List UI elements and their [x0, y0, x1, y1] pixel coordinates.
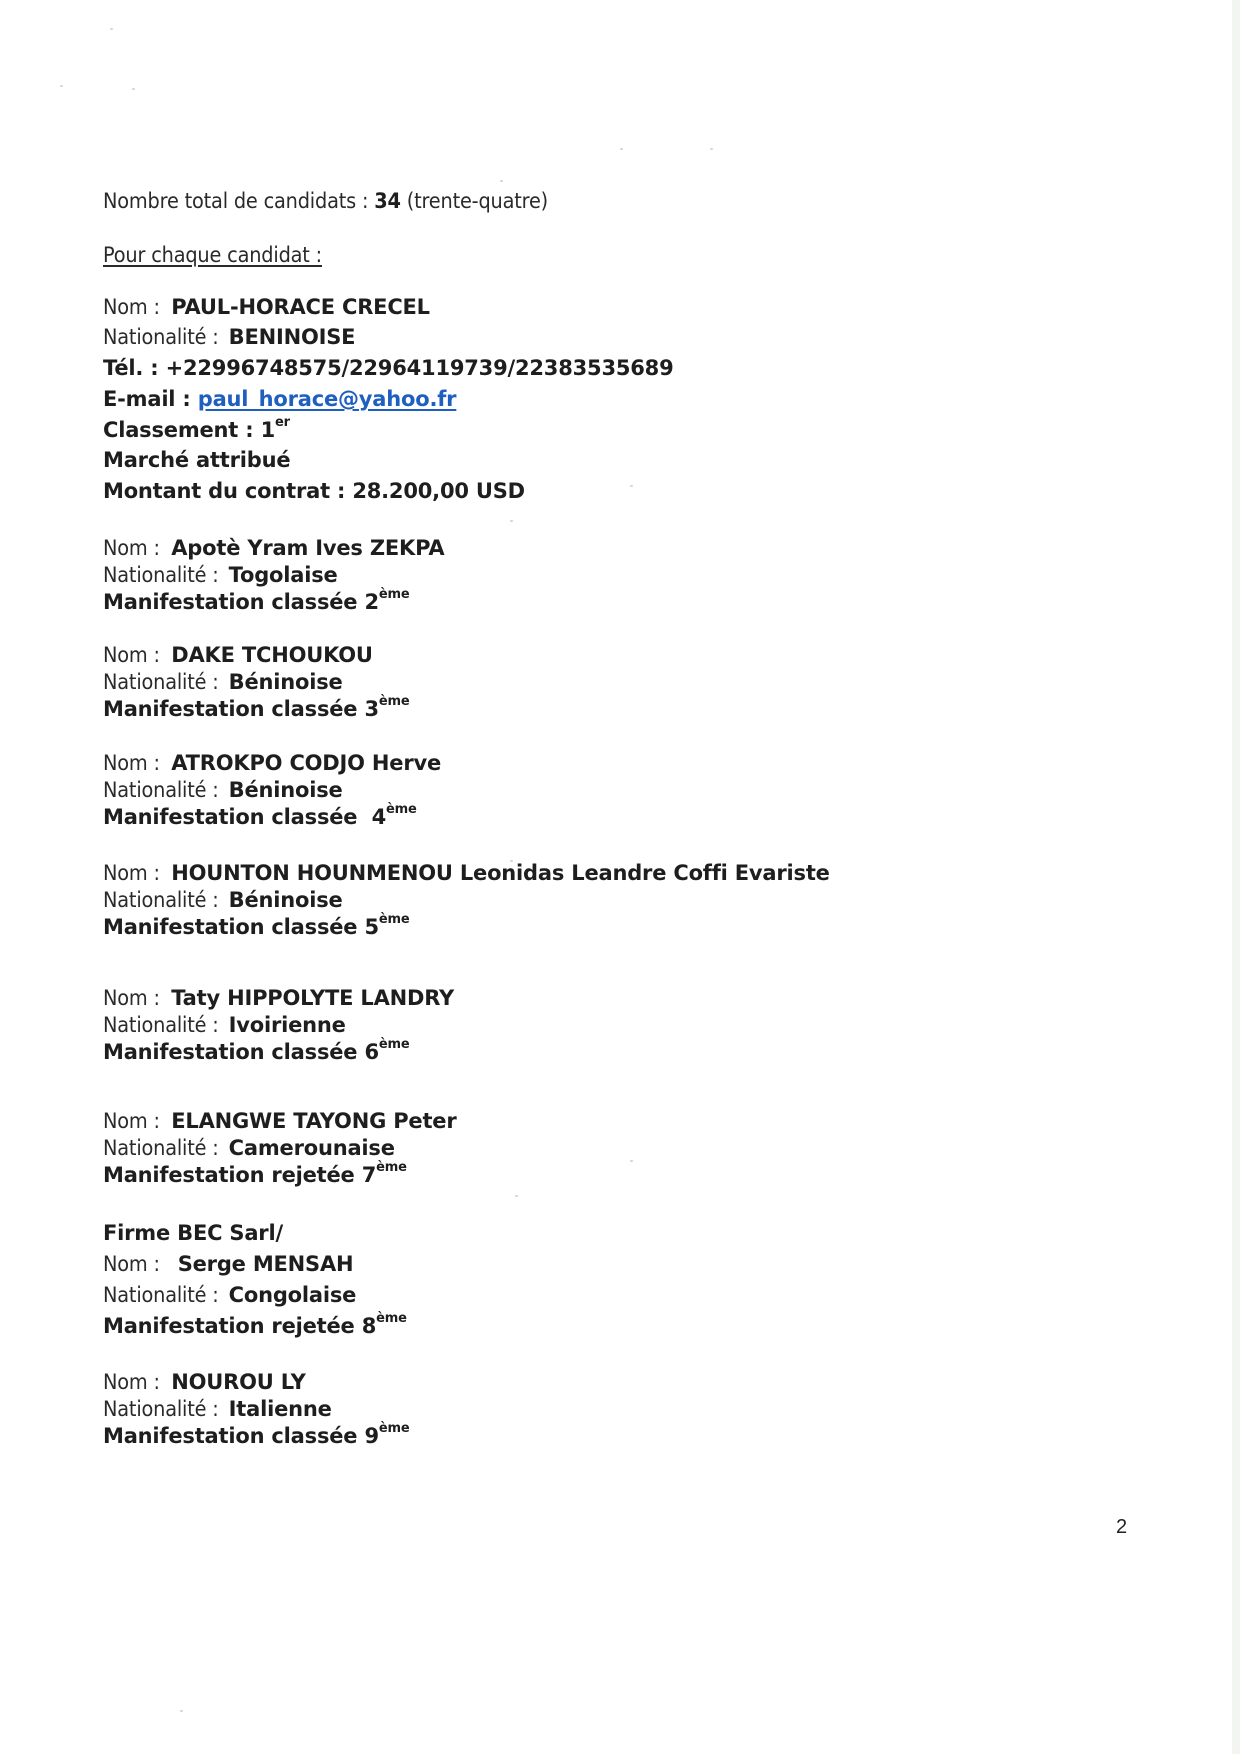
candidate-rank-suffix: ème [379, 1037, 410, 1052]
email-label: E-mail : [103, 387, 198, 411]
candidate-nationality-line: Nationalité : Ivoirienne [103, 1012, 346, 1038]
candidate-status-line: Manifestation classée 2ème [103, 589, 409, 615]
candidate-nationality: Béninoise [229, 778, 343, 802]
candidate-name: HOUNTON HOUNMENOU Leonidas Leandre Coffi… [171, 861, 829, 885]
candidate-status-line: Manifestation rejetée 7ème [103, 1162, 407, 1188]
winner-email-line: E-mail : paul_horace@yahoo.fr [103, 386, 456, 412]
candidate-status-line: Manifestation classée 6ème [103, 1039, 409, 1065]
candidate-nationality-line: Nationalité : Béninoise [103, 669, 343, 695]
candidate-rank-suffix: ème [376, 1311, 407, 1326]
candidate-nationality: BENINOISE [229, 325, 356, 349]
scan-speck [132, 88, 135, 90]
candidate-name: Apotè Yram Ives ZEKPA [171, 536, 444, 560]
candidate-rank-suffix: ème [386, 802, 417, 817]
award-status: Marché attribué [103, 448, 290, 472]
candidate-status-line: Manifestation classée 4ème [103, 804, 417, 830]
name-label: Nom : [103, 1369, 166, 1395]
winner-ranking-line: Classement : 1er [103, 417, 290, 443]
contract-amount: 28.200,00 USD [352, 479, 525, 503]
scan-speck [630, 485, 633, 487]
candidate-name: PAUL-HORACE CRECEL [171, 295, 430, 319]
candidate-name-line: Nom : ELANGWE TAYONG Peter [103, 1108, 457, 1134]
candidate-name-line: Nom : DAKE TCHOUKOU [103, 642, 373, 668]
candidate-name: Serge MENSAH [178, 1252, 354, 1276]
per-candidate-heading: Pour chaque candidat : [103, 242, 322, 268]
page-number: 2 [1116, 1516, 1127, 1539]
nationality-label: Nationalité : [103, 777, 219, 803]
candidate-nationality: Italienne [229, 1397, 332, 1421]
scan-speck [60, 85, 63, 87]
candidate-status: Manifestation classée [103, 590, 364, 614]
candidate-name-line: Nom : Serge MENSAH [103, 1251, 353, 1277]
scan-speck [510, 520, 513, 522]
scan-speck [710, 148, 713, 150]
name-label: Nom : [103, 985, 166, 1011]
ranking-suffix: er [275, 415, 290, 430]
candidate-rank: 5 [364, 915, 378, 939]
nationality-label: Nationalité : [103, 562, 219, 588]
ranking-label: Classement : [103, 418, 261, 442]
nationality-label: Nationalité : [103, 1135, 219, 1161]
candidate-status: Manifestation classée [103, 915, 364, 939]
candidate-nationality: Ivoirienne [229, 1013, 346, 1037]
candidate-name-line: Nom : NOUROU LY [103, 1369, 306, 1395]
candidate-rank: 9 [364, 1424, 378, 1448]
candidate-nationality: Congolaise [229, 1283, 357, 1307]
name-label: Nom : [103, 1108, 166, 1134]
candidate-status: Manifestation classée [103, 1040, 364, 1064]
candidate-name: NOUROU LY [171, 1370, 305, 1394]
candidate-name: ELANGWE TAYONG Peter [171, 1109, 456, 1133]
nationality-label: Nationalité : [103, 669, 219, 695]
candidate-rank: 8 [362, 1314, 376, 1338]
scan-speck [180, 1710, 183, 1712]
name-label: Nom : [103, 750, 166, 776]
candidate-status-line: Manifestation classée 3ème [103, 696, 409, 722]
candidate-nationality-line: Nationalité : Béninoise [103, 777, 343, 803]
winner-phone-line: Tél. : +22996748575/22964119739/22383535… [103, 355, 674, 381]
scan-speck [500, 180, 503, 182]
name-label: Nom : [103, 535, 166, 561]
candidate-name-line: Nom : Taty HIPPOLYTE LANDRY [103, 985, 454, 1011]
scan-edge-strip [1232, 0, 1240, 1754]
scan-speck [630, 1160, 633, 1162]
ranking-number: 1 [261, 418, 275, 442]
total-candidates-line: Nombre total de candidats : 34 (trente-q… [103, 188, 587, 214]
candidate-status-line: Manifestation classée 5ème [103, 914, 409, 940]
total-candidates-label: Nombre total de candidats : [103, 189, 374, 213]
candidate-nationality-line: Nationalité : Béninoise [103, 887, 343, 913]
nationality-label: Nationalité : [103, 887, 219, 913]
nationality-label: Nationalité : [103, 1396, 219, 1422]
candidate-name: DAKE TCHOUKOU [171, 643, 372, 667]
candidate-rank: 7 [362, 1163, 376, 1187]
candidate-rank-suffix: ème [379, 587, 410, 602]
candidate-rank-suffix: ème [376, 1160, 407, 1175]
candidate-status: Manifestation rejetée [103, 1163, 362, 1187]
candidate-rank-suffix: ème [379, 912, 410, 927]
candidate-rank: 3 [364, 697, 378, 721]
candidate-status-line: Manifestation classée 9ème [103, 1423, 409, 1449]
candidate-status: Manifestation classée [103, 697, 364, 721]
winner-name-line: Nom : PAUL-HORACE CRECEL [103, 294, 430, 320]
per-candidate-heading-line: Pour chaque candidat : [103, 242, 341, 268]
candidate-rank: 2 [364, 590, 378, 614]
candidate-rank: 4 [372, 805, 386, 829]
candidate-nationality: Béninoise [229, 888, 343, 912]
candidate-name-line: Nom : Apotè Yram Ives ZEKPA [103, 535, 444, 561]
total-candidates-text: Nombre total de candidats : 34 (trente-q… [103, 188, 548, 214]
candidate-nationality-line: Nationalité : Camerounaise [103, 1135, 395, 1161]
candidate-rank: 6 [364, 1040, 378, 1064]
winner-award-line: Marché attribué [103, 447, 290, 473]
name-label: Nom : [103, 294, 166, 320]
candidate-nationality: Béninoise [229, 670, 343, 694]
nationality-label: Nationalité : [103, 1282, 219, 1308]
phone-label: Tél. : [103, 356, 166, 380]
candidate-name: Taty HIPPOLYTE LANDRY [171, 986, 454, 1010]
candidate-phone: +22996748575/22964119739/22383535689 [166, 356, 674, 380]
winner-nationality-line: Nationalité : BENINOISE [103, 324, 355, 350]
nationality-label: Nationalité : [103, 1012, 219, 1038]
candidate-name: ATROKPO CODJO Herve [171, 751, 441, 775]
name-label: Nom : [103, 1251, 172, 1277]
candidate-name-line: Nom : HOUNTON HOUNMENOU Leonidas Leandre… [103, 860, 830, 886]
candidate-rank-suffix: ème [379, 694, 410, 709]
candidate-nationality: Camerounaise [229, 1136, 395, 1160]
scan-speck [515, 1195, 518, 1197]
scan-speck [110, 28, 113, 30]
name-label: Nom : [103, 860, 166, 886]
candidate-status: Manifestation classée [103, 805, 372, 829]
candidate-firm: Firme BEC Sarl/ [103, 1221, 283, 1245]
candidate-firm-line: Firme BEC Sarl/ [103, 1220, 283, 1246]
candidate-status: Manifestation classée [103, 1424, 364, 1448]
candidate-nationality-line: Nationalité : Congolaise [103, 1282, 356, 1308]
total-candidates-value: 34 [374, 189, 401, 213]
candidate-name-line: Nom : ATROKPO CODJO Herve [103, 750, 441, 776]
total-candidates-words: (trente-quatre) [401, 189, 548, 213]
scan-speck [620, 148, 623, 150]
name-label: Nom : [103, 642, 166, 668]
candidate-status-line: Manifestation rejetée 8ème [103, 1313, 407, 1339]
candidate-rank-suffix: ème [379, 1421, 410, 1436]
candidate-nationality-line: Nationalité : Italienne [103, 1396, 332, 1422]
nationality-label: Nationalité : [103, 324, 219, 350]
candidate-nationality-line: Nationalité : Togolaise [103, 562, 338, 588]
winner-contract-line: Montant du contrat : 28.200,00 USD [103, 478, 525, 504]
candidate-nationality: Togolaise [229, 563, 338, 587]
candidate-status: Manifestation rejetée [103, 1314, 362, 1338]
email-link[interactable]: paul_horace@yahoo.fr [198, 387, 457, 411]
contract-label: Montant du contrat : [103, 479, 352, 503]
